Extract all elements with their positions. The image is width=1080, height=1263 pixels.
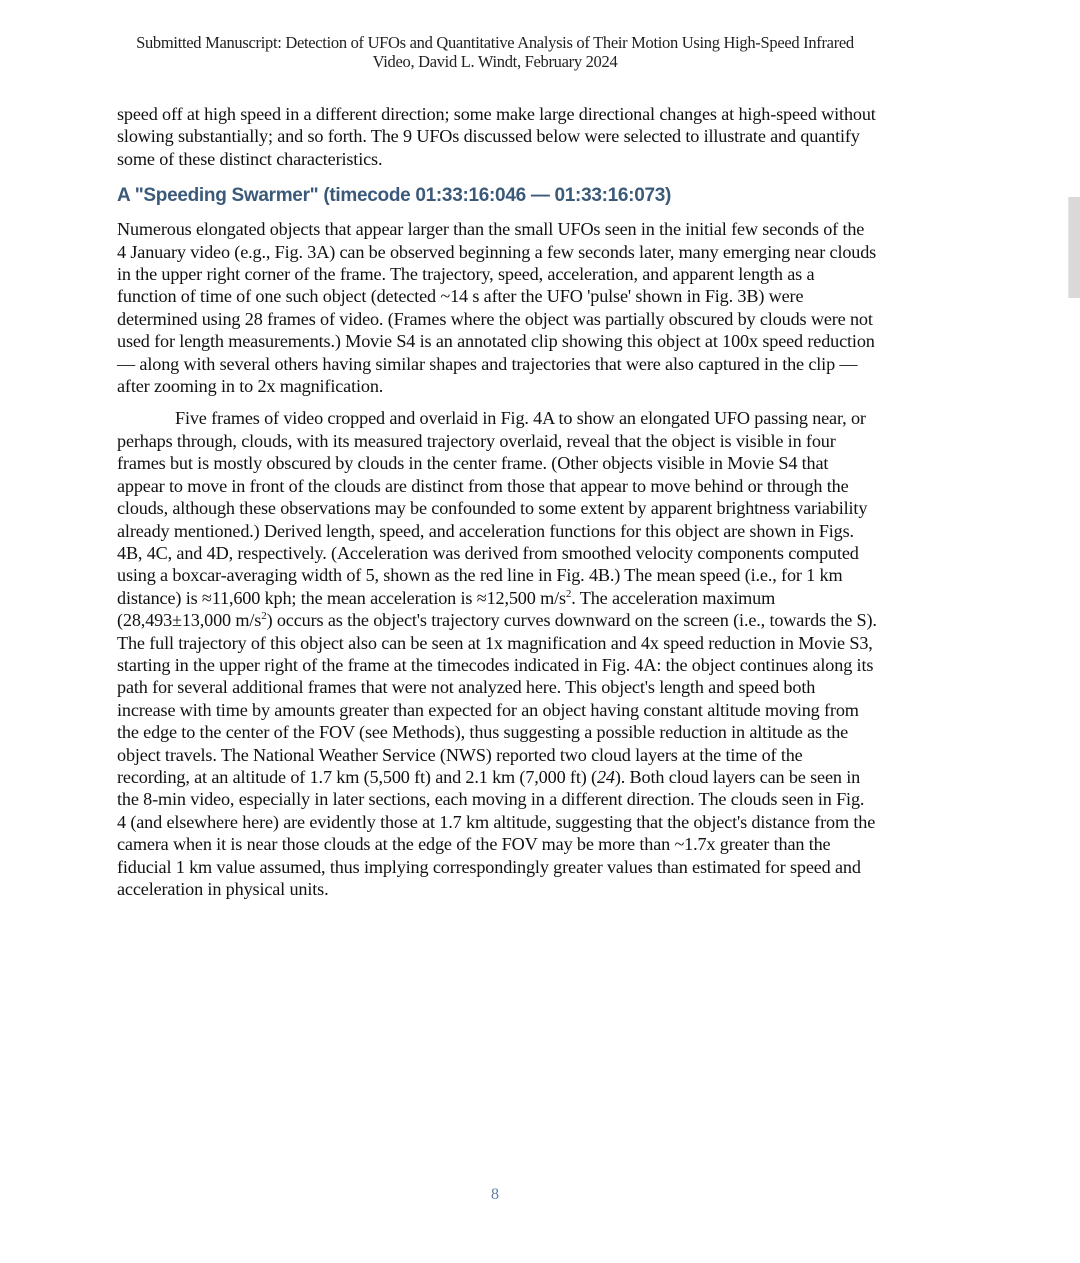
page-number: 8 (0, 1186, 990, 1204)
running-header: Submitted Manuscript: Detection of UFOs … (100, 33, 890, 71)
section-heading: A "Speeding Swarmer" (timecode 01:33:16:… (117, 184, 877, 208)
running-header-line-2: Video, David L. Windt, February 2024 (100, 52, 890, 71)
paragraph-1: Numerous elongated objects that appear l… (117, 218, 877, 397)
paragraph-2: Five frames of video cropped and overlai… (117, 407, 877, 900)
citation-reference[interactable]: 24 (597, 767, 615, 787)
intro-paragraph: speed off at high speed in a different d… (117, 103, 877, 170)
running-header-line-1: Submitted Manuscript: Detection of UFOs … (100, 33, 890, 52)
paragraph-2-text-c: ) occurs as the object's trajectory curv… (117, 610, 877, 787)
body-content: speed off at high speed in a different d… (117, 103, 877, 900)
document-page: Submitted Manuscript: Detection of UFOs … (0, 0, 1080, 1263)
paragraph-2-text-a: Five frames of video cropped and overlai… (117, 408, 867, 607)
scrollbar-thumb[interactable] (1068, 197, 1080, 298)
